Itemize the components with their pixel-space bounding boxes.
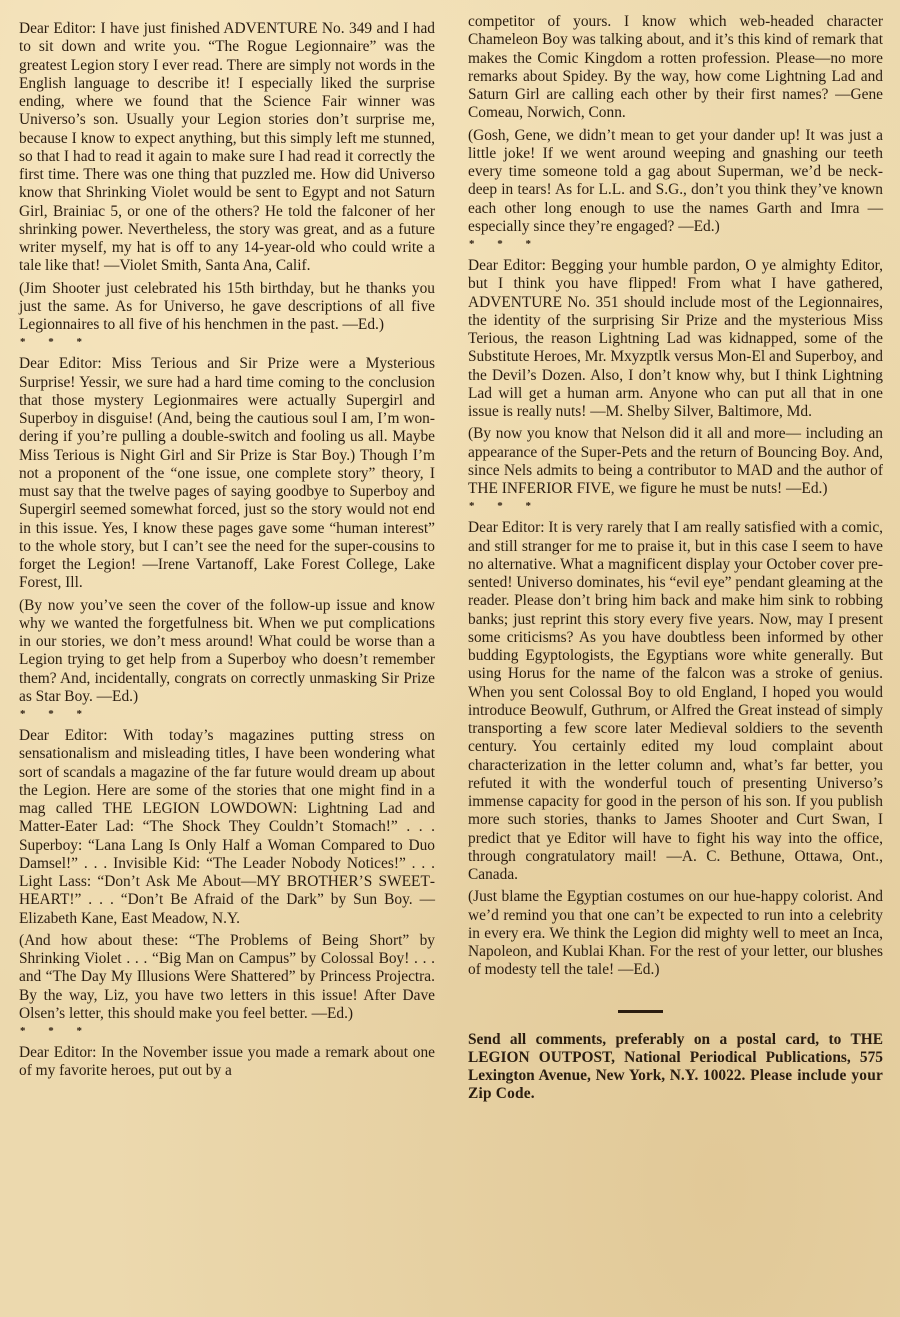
letter-ac-bethune: Dear Editor: It is very rarely that I am… — [468, 519, 883, 884]
separator-stars: * * * — [469, 500, 883, 512]
right-column: competitor of yours. I know which web-he… — [450, 0, 900, 1317]
section-divider-rule — [618, 1010, 663, 1013]
submission-address: Send all comments, preferably on a posta… — [468, 1031, 883, 1104]
separator-stars: * * * — [20, 1025, 435, 1037]
editor-reply: (Just blame the Egyptian costumes on our… — [468, 888, 883, 979]
left-column: Dear Editor: I have just finished ADVENT… — [0, 0, 450, 1317]
separator-stars: * * * — [469, 238, 883, 250]
editor-reply: (By now you know that Nelson did it all … — [468, 425, 883, 498]
editor-reply: (Jim Shooter just celebrated his 15th bi… — [19, 280, 435, 335]
letter-gene-comeau-continued: competitor of yours. I know which web-he… — [468, 13, 883, 123]
separator-stars: * * * — [20, 708, 435, 720]
letter-irene-vartanoff: Dear Editor: Miss Terious and Sir Prize … — [19, 355, 435, 592]
editor-reply: (Gosh, Gene, we didn’t mean to get your … — [468, 127, 883, 237]
letter-elizabeth-kane: Dear Editor: With today’s magazines putt… — [19, 727, 435, 928]
separator-stars: * * * — [20, 336, 435, 348]
letter-violet-smith: Dear Editor: I have just finished ADVENT… — [19, 20, 435, 276]
editor-reply: (And how about these: “The Problems of B… — [19, 932, 435, 1023]
letters-page: Dear Editor: I have just finished ADVENT… — [0, 0, 900, 1317]
letter-shelby-silver: Dear Editor: Begging your humble pardon,… — [468, 257, 883, 421]
letter-gene-comeau-start: Dear Editor: In the November issue you m… — [19, 1044, 435, 1081]
editor-reply: (By now you’ve seen the cover of the fol… — [19, 597, 435, 707]
